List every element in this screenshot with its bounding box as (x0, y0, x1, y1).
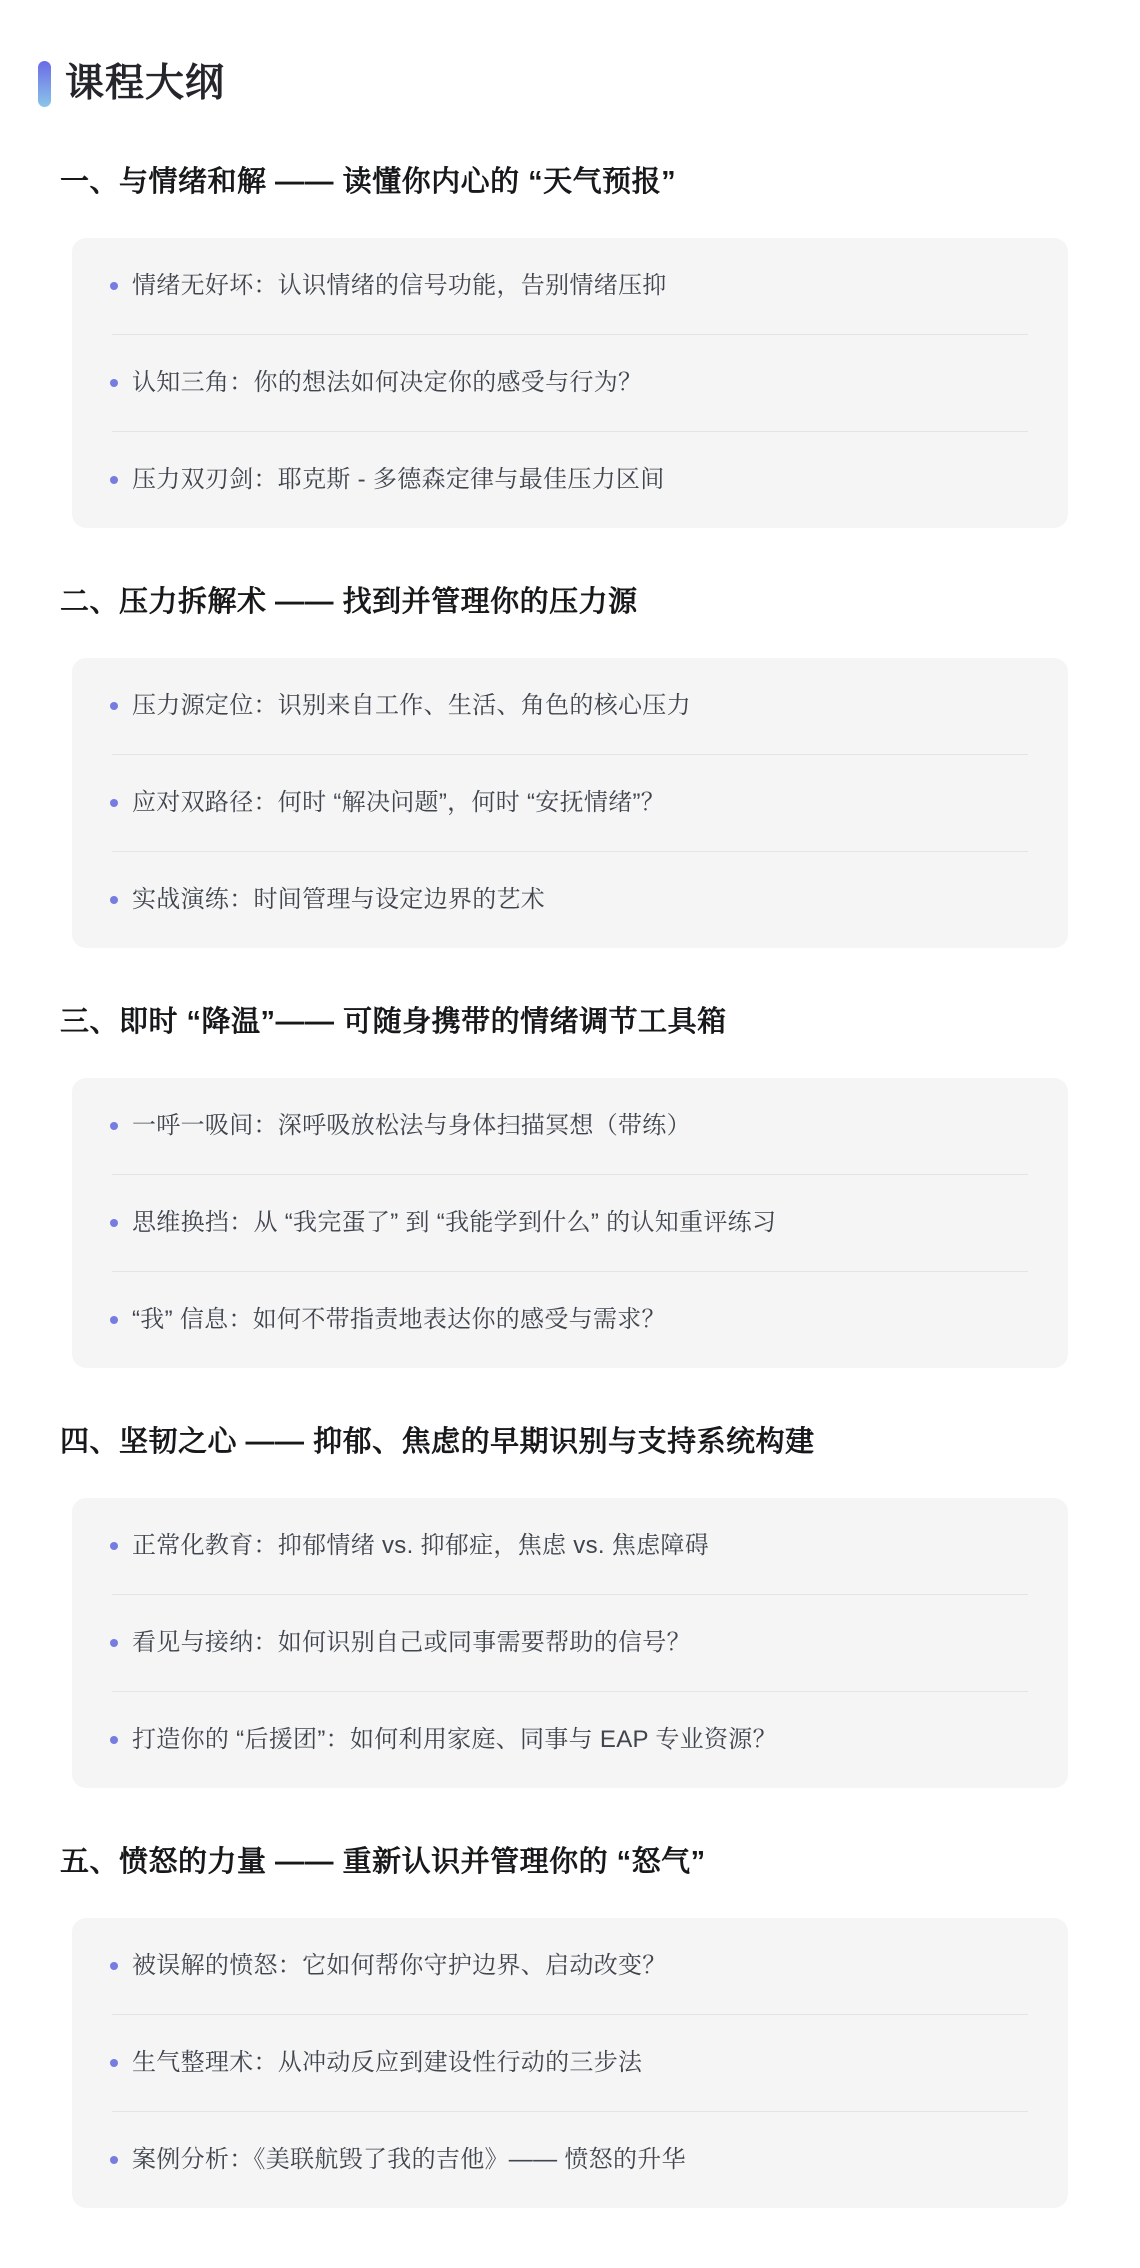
list-item: 正常化教育：抑郁情绪 vs. 抑郁症，焦虑 vs. 焦虑障碍 (72, 1498, 1068, 1594)
accent-bar-icon (38, 61, 51, 107)
list-item-text: 实战演练：时间管理与设定边界的艺术 (132, 883, 545, 918)
bullet-dot-icon (110, 1542, 118, 1550)
bullet-dot-icon (110, 1122, 118, 1130)
list-item: 被误解的愤怒：它如何帮你守护边界、启动改变？ (72, 1918, 1068, 2014)
list-item: 情绪无好坏：认识情绪的信号功能，告别情绪压抑 (72, 238, 1068, 334)
section-heading: 二、压力拆解术 —— 找到并管理你的压力源 (60, 582, 1140, 622)
page-title: 课程大纲 (65, 61, 225, 108)
section-card: 情绪无好坏：认识情绪的信号功能，告别情绪压抑 认知三角：你的想法如何决定你的感受… (72, 238, 1068, 528)
bullet-dot-icon (110, 379, 118, 387)
list-item-text: 思维换挡：从 “我完蛋了” 到 “我能学到什么” 的认知重评练习 (132, 1206, 776, 1241)
section-card: 被误解的愤怒：它如何帮你守护边界、启动改变？ 生气整理术：从冲动反应到建设性行动… (72, 1918, 1068, 2208)
section-heading: 四、坚韧之心 —— 抑郁、焦虑的早期识别与支持系统构建 (60, 1422, 1140, 1462)
list-item-text: 看见与接纳：如何识别自己或同事需要帮助的信号？ (132, 1626, 691, 1661)
list-item: 一呼一吸间：深呼吸放松法与身体扫描冥想（带练） (72, 1078, 1068, 1174)
list-item-text: 一呼一吸间：深呼吸放松法与身体扫描冥想（带练） (132, 1109, 691, 1144)
section-2: 二、压力拆解术 —— 找到并管理你的压力源 压力源定位：识别来自工作、生活、角色… (0, 582, 1140, 948)
list-item-text: 正常化教育：抑郁情绪 vs. 抑郁症，焦虑 vs. 焦虑障碍 (132, 1529, 709, 1564)
bullet-dot-icon (110, 476, 118, 484)
list-item: 案例分析：《美联航毁了我的吉他》—— 愤怒的升华 (72, 2112, 1068, 2208)
page-header: 课程大纲 (38, 60, 1140, 108)
list-item: 实战演练：时间管理与设定边界的艺术 (72, 852, 1068, 948)
course-outline-page: 课程大纲 一、与情绪和解 —— 读懂你内心的 “天气预报” 情绪无好坏：认识情绪… (0, 0, 1140, 2268)
bullet-dot-icon (110, 1962, 118, 1970)
section-card: 压力源定位：识别来自工作、生活、角色的核心压力 应对双路径：何时 “解决问题”，… (72, 658, 1068, 948)
list-item-text: 生气整理术：从冲动反应到建设性行动的三步法 (132, 2046, 642, 2081)
section-card: 一呼一吸间：深呼吸放松法与身体扫描冥想（带练） 思维换挡：从 “我完蛋了” 到 … (72, 1078, 1068, 1368)
list-item-text: 案例分析：《美联航毁了我的吉他》—— 愤怒的升华 (132, 2143, 686, 2178)
list-item: 认知三角：你的想法如何决定你的感受与行为？ (72, 335, 1068, 431)
list-item-text: 打造你的 “后援团”：如何利用家庭、同事与 EAP 专业资源？ (132, 1723, 777, 1758)
bullet-dot-icon (110, 282, 118, 290)
list-item: 压力双刃剑：耶克斯 - 多德森定律与最佳压力区间 (72, 432, 1068, 528)
list-item: 看见与接纳：如何识别自己或同事需要帮助的信号？ (72, 1595, 1068, 1691)
section-1: 一、与情绪和解 —— 读懂你内心的 “天气预报” 情绪无好坏：认识情绪的信号功能… (0, 162, 1140, 528)
bullet-dot-icon (110, 1316, 118, 1324)
bullet-dot-icon (110, 2059, 118, 2067)
list-item: 压力源定位：识别来自工作、生活、角色的核心压力 (72, 658, 1068, 754)
list-item: 应对双路径：何时 “解决问题”，何时 “安抚情绪”？ (72, 755, 1068, 851)
section-heading: 一、与情绪和解 —— 读懂你内心的 “天气预报” (60, 162, 1140, 202)
section-5: 五、愤怒的力量 —— 重新认识并管理你的 “怒气” 被误解的愤怒：它如何帮你守护… (0, 1842, 1140, 2208)
list-item: 思维换挡：从 “我完蛋了” 到 “我能学到什么” 的认知重评练习 (72, 1175, 1068, 1271)
bullet-dot-icon (110, 702, 118, 710)
bullet-dot-icon (110, 1219, 118, 1227)
list-item: 打造你的 “后援团”：如何利用家庭、同事与 EAP 专业资源？ (72, 1692, 1068, 1788)
bullet-dot-icon (110, 1639, 118, 1647)
list-item: 生气整理术：从冲动反应到建设性行动的三步法 (72, 2015, 1068, 2111)
list-item-text: 情绪无好坏：认识情绪的信号功能，告别情绪压抑 (132, 269, 667, 304)
list-item-text: 压力源定位：识别来自工作、生活、角色的核心压力 (132, 689, 691, 724)
section-3: 三、即时 “降温”—— 可随身携带的情绪调节工具箱 一呼一吸间：深呼吸放松法与身… (0, 1002, 1140, 1368)
list-item-text: “我” 信息：如何不带指责地表达你的感受与需求？ (132, 1303, 666, 1338)
list-item: “我” 信息：如何不带指责地表达你的感受与需求？ (72, 1272, 1068, 1368)
bullet-dot-icon (110, 2156, 118, 2164)
list-item-text: 被误解的愤怒：它如何帮你守护边界、启动改变？ (132, 1949, 667, 1984)
section-heading: 五、愤怒的力量 —— 重新认识并管理你的 “怒气” (60, 1842, 1140, 1882)
section-heading: 三、即时 “降温”—— 可随身携带的情绪调节工具箱 (60, 1002, 1140, 1042)
list-item-text: 应对双路径：何时 “解决问题”，何时 “安抚情绪”？ (132, 786, 665, 821)
bullet-dot-icon (110, 1736, 118, 1744)
bullet-dot-icon (110, 799, 118, 807)
list-item-text: 压力双刃剑：耶克斯 - 多德森定律与最佳压力区间 (132, 463, 665, 498)
section-card: 正常化教育：抑郁情绪 vs. 抑郁症，焦虑 vs. 焦虑障碍 看见与接纳：如何识… (72, 1498, 1068, 1788)
bullet-dot-icon (110, 896, 118, 904)
section-4: 四、坚韧之心 —— 抑郁、焦虑的早期识别与支持系统构建 正常化教育：抑郁情绪 v… (0, 1422, 1140, 1788)
list-item-text: 认知三角：你的想法如何决定你的感受与行为？ (132, 366, 642, 401)
